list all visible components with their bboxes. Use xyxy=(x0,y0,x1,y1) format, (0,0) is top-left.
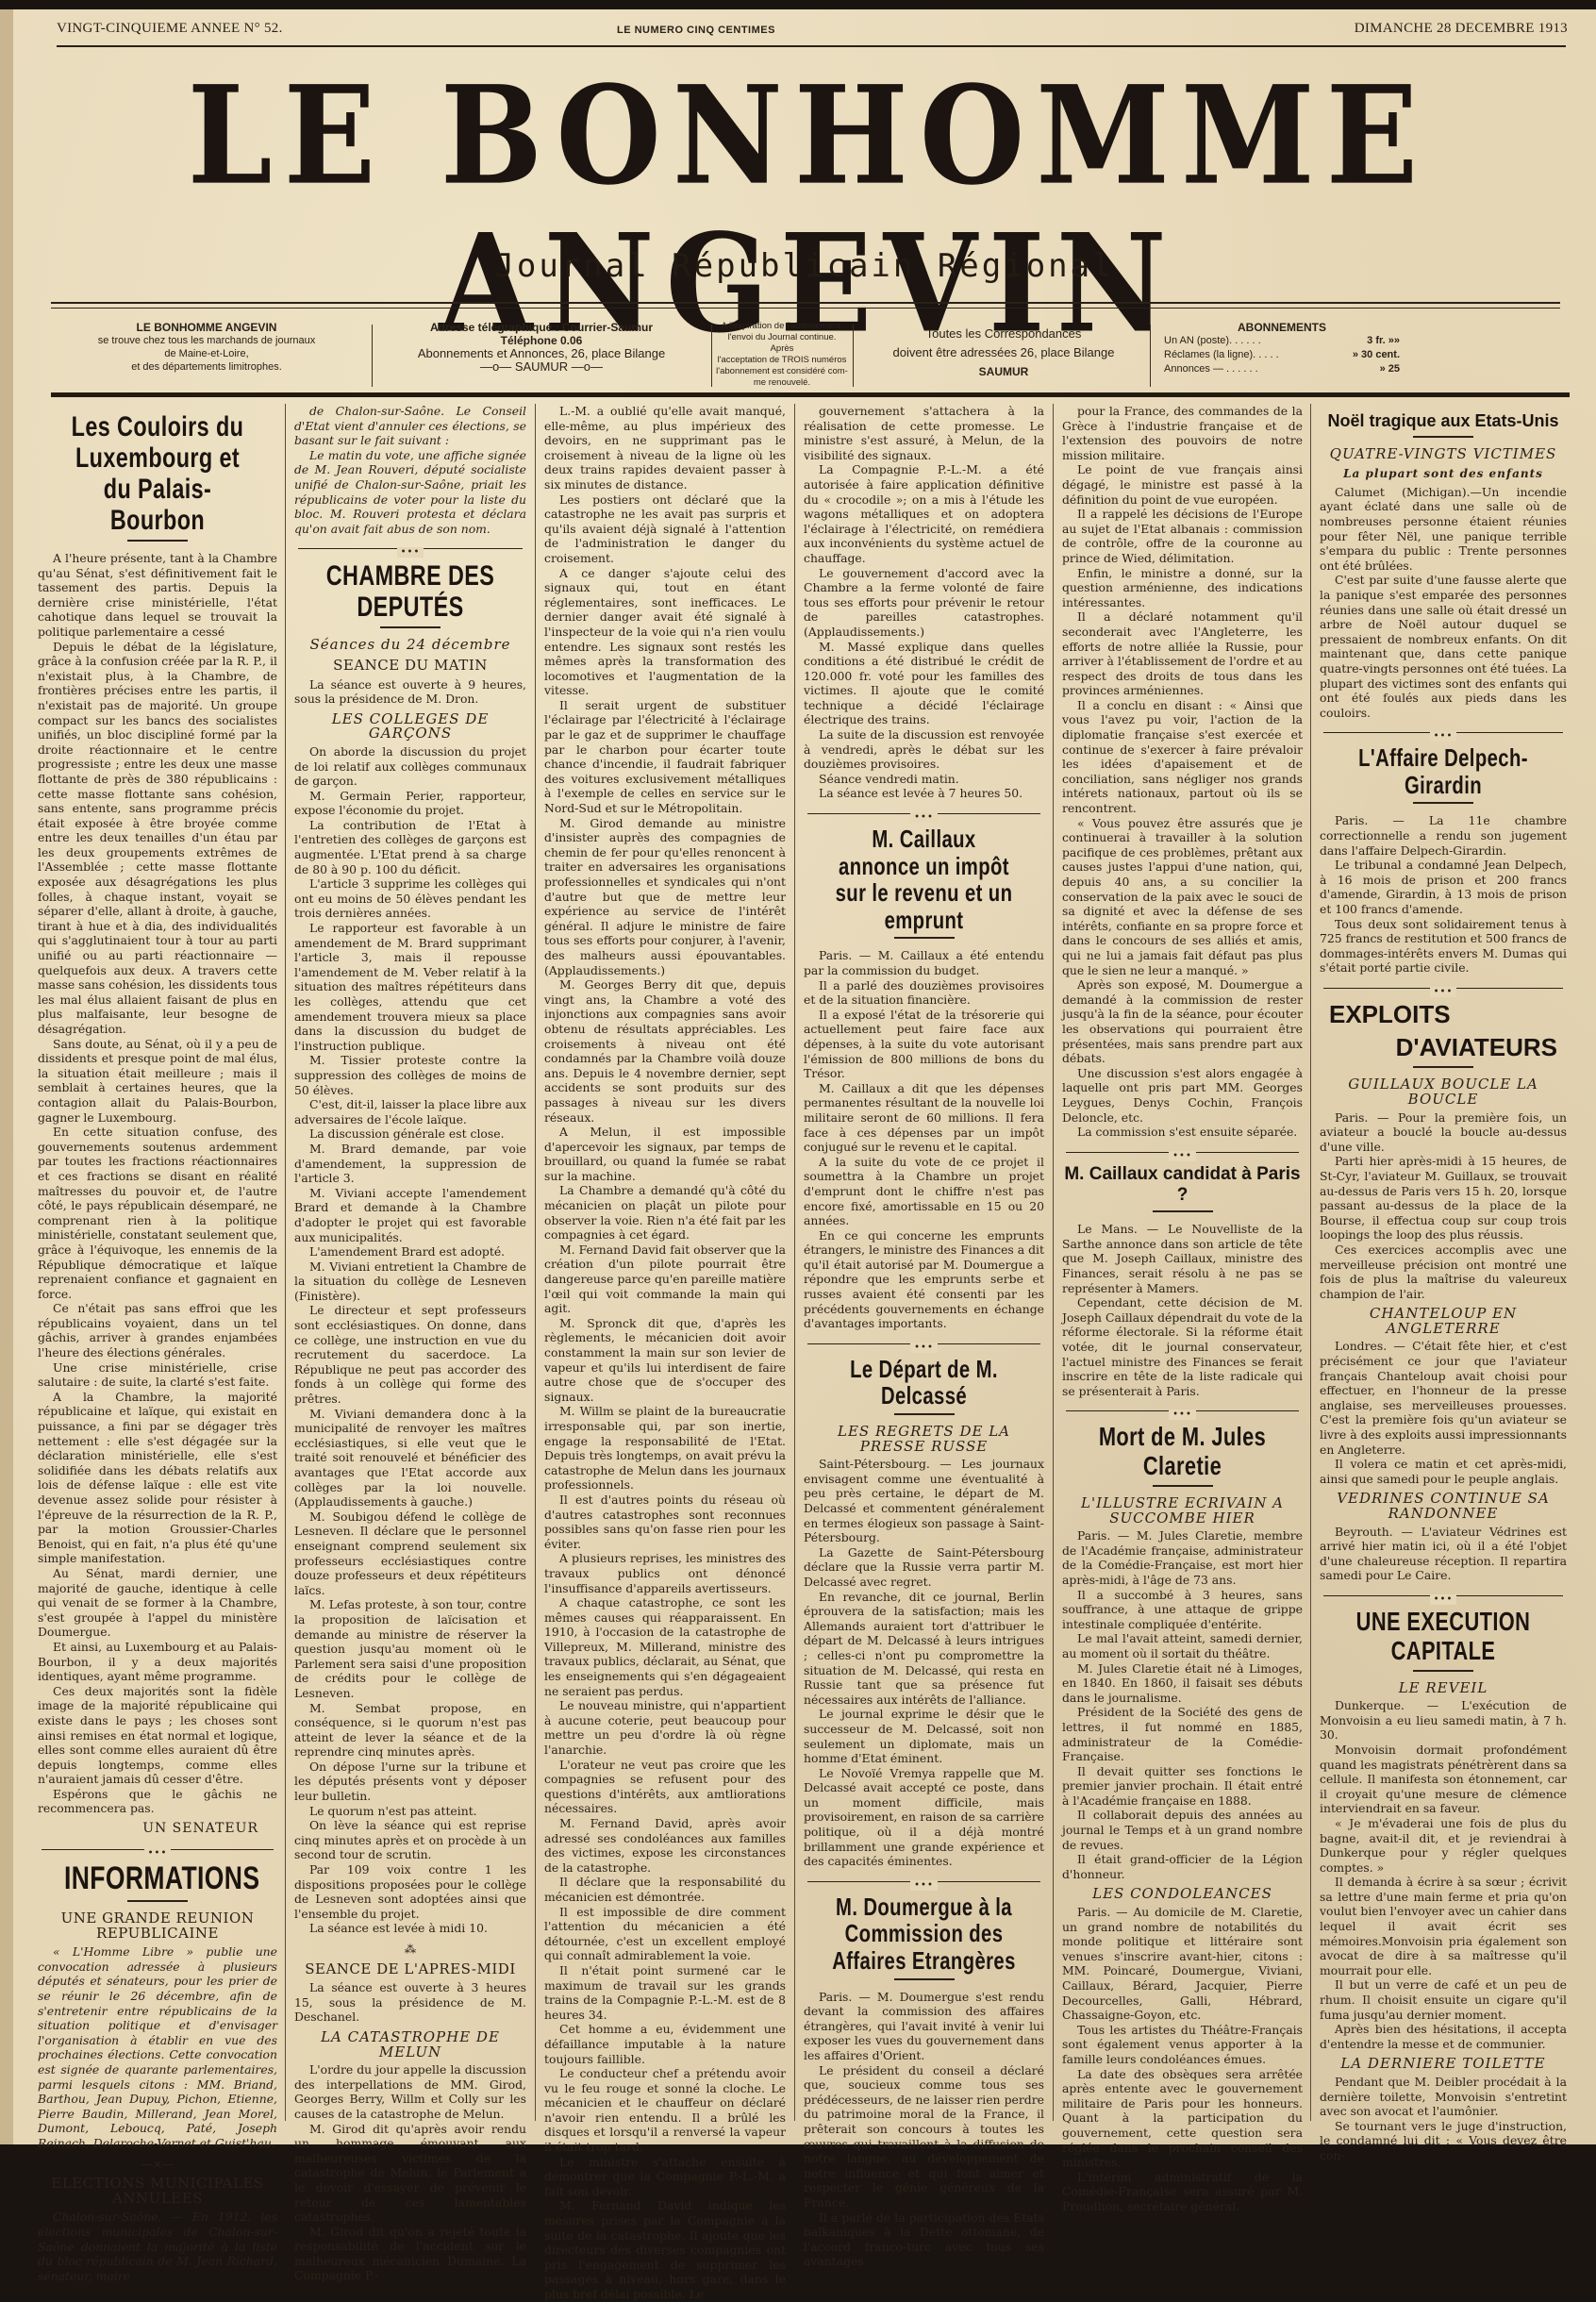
paragraph: Paris. — Pour la première fois, un aviat… xyxy=(1320,1110,1567,1155)
ornament-glyph: ••• xyxy=(1430,1594,1457,1605)
paragraph: M. Sembat propose, en conséquence, si le… xyxy=(294,1701,526,1760)
paragraph: A l'heure présente, tant à la Chambre qu… xyxy=(38,551,277,640)
paragraph: Depuis le débat de la législature, grâce… xyxy=(38,640,277,1037)
row-label: Annonces — . . . . . . xyxy=(1164,362,1258,376)
paragraph: A chaque catastrophe, ce sont les mêmes … xyxy=(544,1595,786,1698)
paragraph: Dunkerque. — L'exécution de Monvoisin a … xyxy=(1320,1698,1567,1743)
paragraph: Il demanda à écrire à sa sœur ; écrivit … xyxy=(1320,1875,1567,1977)
paragraph: Tous les artistes du Théâtre-Français so… xyxy=(1062,2023,1303,2067)
paragraph: M. Brard demande, par voie d'amendement,… xyxy=(294,1142,526,1186)
masthead-title: LE BONHOMME ANGEVIN xyxy=(58,62,1558,359)
article-couloirs-body: A l'heure présente, tant à la Chambre qu… xyxy=(38,551,277,1816)
paragraph: Paris. — M. Jules Claretie, membre de l'… xyxy=(1062,1528,1303,1587)
issue-date: DIMANCHE 28 DECEMBRE 1913 xyxy=(1355,21,1568,37)
paragraph: Paris. — M. Caillaux a été entendu par l… xyxy=(804,948,1044,977)
subhead-reunion: UNE GRANDE REUNION REPUBLICAINE xyxy=(38,1911,277,1941)
column-5: pour la France, des commandes de la Grèc… xyxy=(1062,404,1303,2144)
telegraph-address: Adresse télégraphique : Courrier-Saumur xyxy=(381,321,702,334)
paragraph: Le nouveau ministre, qui n'appartient à … xyxy=(544,1698,786,1757)
column-rule xyxy=(1053,404,1054,2121)
paragraph: M. Lefas proteste, à son tour, contre la… xyxy=(294,1597,526,1700)
article-elections-cont: de Chalon-sur-Saône. Le Conseil d'Etat v… xyxy=(294,404,526,448)
paragraph: M. Fernand David, après avoir adressé se… xyxy=(544,1816,786,1875)
headline-noel: Noël tragique aux Etats-Unis xyxy=(1320,411,1567,432)
paragraph: M. Viviani demandera donc à la municipal… xyxy=(294,1407,526,1510)
paragraph: Cet homme a eu, évidemment une défaillan… xyxy=(544,2022,786,2066)
paragraph: Il est impossible de dire comment l'atte… xyxy=(544,1905,786,1963)
column-rule xyxy=(794,404,795,2121)
paragraph: Séance vendredi matin. xyxy=(804,772,1044,787)
headline-rule xyxy=(894,1413,955,1415)
session-date: Séances du 24 décembre xyxy=(294,638,526,653)
article-delcasse-body: Saint-Pétersbourg. — Les journaux envisa… xyxy=(804,1457,1044,1869)
paragraph: Paris. — M. Doumergue s'est rendu devant… xyxy=(804,1990,1044,2063)
subhead-presse-russe: LES REGRETS DE LA PRESSE RUSSE xyxy=(804,1425,1044,1454)
issue-price: LE NUMERO CINQ CENTIMES xyxy=(617,25,775,36)
paragraph: M. Fernand David fait observer que la cr… xyxy=(544,1243,786,1316)
headline-delcasse: Le Départ de M. Delcassé xyxy=(830,1356,1018,1410)
paragraph: Après bien des hésitations, il accepta d… xyxy=(1320,2022,1567,2051)
article-condoleances-body: Paris. — Au domicile de M. Claretie, un … xyxy=(1062,1905,1303,2144)
info-line: Toutes les Correspondances xyxy=(862,325,1145,343)
ornament-divider: ••• xyxy=(1320,1591,1567,1600)
paragraph: M. Girod demande au ministre d'insister … xyxy=(544,816,786,978)
subhead-colleges: LES COLLEGES DE GARÇONS xyxy=(294,712,526,742)
paragraph: Pendant que M. Deibler procédait à la de… xyxy=(1320,2075,1567,2119)
column-3: L.-M. a oublié qu'elle avait manqué, ell… xyxy=(544,404,786,2144)
paragraph: pour la France, des commandes de la Grèc… xyxy=(1062,404,1303,462)
paragraph: A plusieurs reprises, les ministres des … xyxy=(544,1551,786,1595)
info-line: de Maine-et-Loire, xyxy=(51,347,362,360)
subscription-row: Annonces — . . . . . .» 25 xyxy=(1164,362,1400,376)
masthead-bottom-rule xyxy=(51,392,1570,397)
headline-caillaux-candidat: M. Caillaux candidat à Paris ? xyxy=(1062,1164,1303,1208)
paragraph: Le mal l'avait atteint, samedi dernier, … xyxy=(1062,1631,1303,1660)
paragraph: « Vous pouvez être assurés que je contin… xyxy=(1062,816,1303,978)
session-opening: La séance est ouverte à 3 heures 15, sou… xyxy=(294,1980,526,2025)
paragraph: Il devait quitter ses fonctions le premi… xyxy=(1062,1764,1303,1809)
newspaper-page: VINGT-CINQUIEME ANNEE N° 52. LE NUMERO C… xyxy=(13,9,1596,2144)
row-label: Réclames (la ligne). . . . . xyxy=(1164,348,1279,362)
paragraph: La Chambre a demandé qu'à côté du mécani… xyxy=(544,1183,786,1242)
paragraph: Après son exposé, M. Doumergue a demandé… xyxy=(1062,977,1303,1066)
headline-execution: UNE EXECUTION CAPITALE xyxy=(1347,1608,1539,1666)
paragraph: Par 109 voix contre 1 les dispositions p… xyxy=(294,1862,526,1921)
paragraph: Se tournant vers le juge d'instruction, … xyxy=(1320,2119,1567,2144)
paragraph: Espérons que le gâchis ne recommencera p… xyxy=(38,1787,277,1816)
paragraph: M. Willm se plaint de la bureaucratie ir… xyxy=(544,1404,786,1493)
paragraph: Sans doute, au Sénat, où il y a peu de d… xyxy=(38,1037,277,1126)
paragraph: M. Tissier proteste contre la suppressio… xyxy=(294,1053,526,1097)
paragraph: Calumet (Michigan).—Un incendie ayant éc… xyxy=(1320,485,1567,574)
info-line: l'acceptation de TROIS numéros xyxy=(716,355,848,366)
article-caillaux-candidat-body: Le Mans. — Le Nouvelliste de la Sarthe a… xyxy=(1062,1222,1303,1398)
row-label: Un AN (poste). . . . . . xyxy=(1164,334,1261,348)
article-melun-end: gouvernement s'attachera à la réalisatio… xyxy=(804,404,1044,801)
paragraph: Il a parlé des douzièmes provisoires et … xyxy=(804,978,1044,1008)
paragraph: gouvernement s'attachera à la réalisatio… xyxy=(804,404,1044,462)
row-value: » 25 xyxy=(1380,362,1400,376)
paragraph: M. Viviani entretient la Chambre de la s… xyxy=(294,1259,526,1304)
paragraph: La date des obsèques sera arrêtée après … xyxy=(1062,2067,1303,2144)
ornament-glyph: ••• xyxy=(1169,1410,1196,1420)
paragraph: La séance est levée à midi 10. xyxy=(294,1921,526,1936)
session-afternoon: SEANCE DE L'APRES-MIDI xyxy=(294,1962,526,1977)
headline-rule xyxy=(1413,1670,1473,1672)
ornament-glyph: ••• xyxy=(910,1343,938,1353)
info-box-subscriptions: ABONNEMENTS Un AN (poste). . . . . .3 fr… xyxy=(1164,321,1400,391)
paragraph: M. Jules Claretie était né à Limoges, en… xyxy=(1062,1661,1303,1706)
headline-rule xyxy=(1153,1485,1213,1487)
subscriptions-title: ABONNEMENTS xyxy=(1164,321,1400,334)
info-line: se trouve chez tous les marchands de jou… xyxy=(51,334,362,347)
paragraph: C'est par suite d'une fausse alerte que … xyxy=(1320,573,1567,720)
session-morning: SEANCE DU MATIN xyxy=(294,659,526,674)
subhead-enfants: La plupart sont des enfants xyxy=(1320,467,1567,482)
paragraph: La contribution de l'Etat à l'entretien … xyxy=(294,818,526,876)
paragraph: C'est, dit-il, laisser la place libre au… xyxy=(294,1097,526,1126)
paragraph: Il n'était point surmené car le maximum … xyxy=(544,1963,786,2022)
paragraph: On dépose l'urne sur la tribune et les d… xyxy=(294,1760,526,1804)
ornament-divider: ••• xyxy=(1320,983,1567,993)
info-separator xyxy=(853,325,854,387)
paragraph: A ce danger s'ajoute celui des signaux q… xyxy=(544,566,786,698)
column-rule xyxy=(535,404,536,2121)
ornament-divider: ••• xyxy=(1062,1147,1303,1157)
ornament-glyph: ••• xyxy=(144,1848,172,1859)
paragraph: Il déclare que la responsabilité du méca… xyxy=(544,1875,786,1904)
ornament-glyph: ••• xyxy=(910,812,938,823)
info-separator xyxy=(1150,325,1151,387)
article-caillaux-body: Paris. — M. Caillaux a été entendu par l… xyxy=(804,948,1044,1330)
headline-delpech: L'Affaire Delpech-Girardin xyxy=(1347,744,1539,798)
paragraph: La commission s'est ensuite séparée. xyxy=(1062,1125,1303,1140)
headline-claretie: Mort de M. Jules Claretie xyxy=(1089,1423,1276,1481)
paragraph: Il serait urgent de substituer l'éclaira… xyxy=(544,698,786,816)
paragraph: Il a conclu en disant : « Ainsi que vous… xyxy=(1062,698,1303,816)
ornament-divider: ••• xyxy=(804,809,1044,818)
headline-doumergue: M. Doumergue à la Commission des Affaire… xyxy=(830,1893,1018,1975)
subhead-condoleances: LES CONDOLEANCES xyxy=(1062,1887,1303,1902)
subtitle-rule-2 xyxy=(51,308,1560,309)
paragraph: L.-M. a oublié qu'elle avait manqué, ell… xyxy=(544,404,786,492)
info-bar: LE BONHOMME ANGEVIN se trouve chez tous … xyxy=(51,321,1560,391)
header-rule xyxy=(57,45,1566,47)
info-line: et des départements limitrophes. xyxy=(51,360,362,374)
ornament-glyph: ••• xyxy=(1430,987,1457,997)
headline-rule xyxy=(894,1978,955,1980)
article-toilette-body: Pendant que M. Deibler procédait à la de… xyxy=(1320,2075,1567,2144)
paragraph: Paris. — Au domicile de M. Claretie, un … xyxy=(1062,1905,1303,2023)
subhead-chanteloup: CHANTELOUP EN ANGLETERRE xyxy=(1320,1307,1567,1336)
paragraph: Tous deux sont solidairement tenus à 725… xyxy=(1320,917,1567,976)
paragraph: Le quorum n'est pas atteint. xyxy=(294,1804,526,1819)
paragraph: A Melun, il est impossible d'apercevoir … xyxy=(544,1125,786,1183)
headline-rule xyxy=(127,1900,188,1902)
paragraph: A la suite du vote de ce projet il soume… xyxy=(804,1155,1044,1228)
article-guillaux-body: Paris. — Pour la première fois, un aviat… xyxy=(1320,1110,1567,1302)
info-box-correspondence: Toutes les Correspondances doivent être … xyxy=(862,321,1145,394)
paragraph: La Compagnie P.-L.-M. a été autorisée à … xyxy=(804,462,1044,565)
stars-divider: ⁂ xyxy=(294,1942,526,1957)
row-value: » 30 cent. xyxy=(1353,348,1400,362)
paragraph: Le rapporteur est favorable à un amendem… xyxy=(294,921,526,1053)
info-line: SAUMUR xyxy=(862,362,1145,381)
paragraph: « Je m'évaderai une fois de plus du bagn… xyxy=(1320,1816,1567,1875)
subhead-victimes: QUATRE-VINGTS VICTIMES xyxy=(1320,447,1567,462)
headline-rule xyxy=(1413,436,1473,438)
paragraph: Le point de vue français ainsi dégagé, l… xyxy=(1062,462,1303,507)
paragraph: M. Massé explique dans quelles condition… xyxy=(804,640,1044,728)
column-rule xyxy=(1310,404,1311,2121)
headline-chambre: CHAMBRE DES DEPUTÉS xyxy=(320,560,501,623)
column-1: Les Couloirs du Luxembourg et du Palais-… xyxy=(38,404,277,2144)
paragraph: Il a déclaré notamment qu'il seconderait… xyxy=(1062,609,1303,698)
ornament-divider: ••• xyxy=(294,543,526,553)
page-binding-edge xyxy=(0,9,13,2144)
headline-couloirs: Les Couloirs du Luxembourg et du Palais-… xyxy=(64,411,251,536)
paragraph: Une discussion s'est alors engagée à laq… xyxy=(1062,1066,1303,1125)
paragraph: La discussion générale est close. xyxy=(294,1126,526,1142)
paragraph: Enfin, le ministre a donné, sur la quest… xyxy=(1062,566,1303,610)
info-box-renewal: A l'expiration de l'abonnement, l'envoi … xyxy=(716,321,848,391)
article-melun-cont: L.-M. a oublié qu'elle avait manqué, ell… xyxy=(544,404,786,2144)
article-doumergue-body: Paris. — M. Doumergue s'est rendu devant… xyxy=(804,1990,1044,2144)
paragraph: Il a exposé l'état de la trésorerie qui … xyxy=(804,1008,1044,1081)
column-rule xyxy=(285,404,286,2121)
ornament-glyph: ••• xyxy=(910,1880,938,1891)
session-opening: La séance est ouverte à 9 heures, sous l… xyxy=(294,677,526,707)
info-separator xyxy=(711,325,712,387)
paragraph: Le gouvernement d'accord avec la Chambre… xyxy=(804,566,1044,640)
paragraph: En ce qui concerne les emprunts étranger… xyxy=(804,1228,1044,1331)
info-line: doivent être adressées 26, place Bilange xyxy=(862,343,1145,362)
info-line: l'envoi du Journal continue. Après xyxy=(716,332,848,355)
paragraph: M. Georges Berry dit que, depuis vingt a… xyxy=(544,977,786,1125)
office-address: Abonnements et Annonces, 26, place Bilan… xyxy=(381,347,702,360)
row-value: 3 fr. »» xyxy=(1367,334,1400,348)
subhead-vedrines: VEDRINES CONTINUE SA RANDONNEE xyxy=(1320,1492,1567,1521)
ornament-divider: ••• xyxy=(1320,727,1567,737)
headline-exploits: EXPLOITS xyxy=(1329,1000,1567,1029)
article-claretie-body: Paris. — M. Jules Claretie, membre de l'… xyxy=(1062,1528,1303,1881)
paragraph: Président de la Société des gens de lett… xyxy=(1062,1705,1303,1763)
paragraph: Il collaborait depuis des années au jour… xyxy=(1062,1808,1303,1852)
paragraph: Londres. — C'était fête hier, et c'est p… xyxy=(1320,1339,1567,1457)
subhead-melun: LA CATASTROPHE DE MELUN xyxy=(294,2030,526,2060)
ornament-glyph: ••• xyxy=(1169,1151,1196,1161)
subhead-reveil: LE REVEIL xyxy=(1320,1681,1567,1696)
paragraph: Paris. — La 11e chambre correctionnelle … xyxy=(1320,813,1567,858)
ornament-divider: ••• xyxy=(804,1339,1044,1348)
masthead-subtitle: Journal Républicain Régional xyxy=(13,247,1596,285)
article-melun-body: L'ordre du jour appelle la discussion de… xyxy=(294,2062,526,2144)
office-city: —o— SAUMUR —o— xyxy=(381,360,702,374)
paragraph: M. Viviani accepte l'amendement Brard et… xyxy=(294,1186,526,1244)
headline-informations: INFORMATIONS xyxy=(64,1861,251,1896)
column-2: de Chalon-sur-Saône. Le Conseil d'Etat v… xyxy=(294,404,526,2144)
paragraph: Monvoisin dormait profondément quand les… xyxy=(1320,1743,1567,1816)
paragraph: M. Spronck dit que, d'après les règlemen… xyxy=(544,1316,786,1405)
paragraph: En revanche, dit ce journal, Berlin épro… xyxy=(804,1590,1044,1708)
info-box-title: LE BONHOMME ANGEVIN xyxy=(51,321,362,334)
telephone: Téléphone 0.06 xyxy=(381,334,702,347)
paragraph: Cependant, cette décision de M. Joseph C… xyxy=(1062,1295,1303,1398)
paragraph: La suite de la discussion est renvoyée à… xyxy=(804,727,1044,772)
subscription-row: Un AN (poste). . . . . .3 fr. »» xyxy=(1164,334,1400,348)
subtitle-rule-1 xyxy=(51,302,1560,304)
paragraph: Le journal exprime le désir que le succe… xyxy=(804,1707,1044,1765)
info-line: l'abonnement est considéré com- xyxy=(716,366,848,377)
article-noel-body: Calumet (Michigan).—Un incendie ayant éc… xyxy=(1320,485,1567,721)
paragraph: L'ordre du jour appelle la discussion de… xyxy=(294,2062,526,2121)
info-line: A l'expiration de l'abonnement, xyxy=(716,321,848,332)
headline-rule xyxy=(1153,1210,1213,1212)
article-reunion-body: « L'Homme Libre » publie une convocation… xyxy=(38,1944,277,2144)
subhead-ecrivain: L'ILLUSTRE ECRIVAIN A SUCCOMBE HIER xyxy=(1062,1496,1303,1526)
paragraph: Saint-Pétersbourg. — Les journaux envisa… xyxy=(804,1457,1044,1545)
paragraph: Le Mans. — Le Nouvelliste de la Sarthe a… xyxy=(1062,1222,1303,1295)
paragraph: M. Caillaux a dit que les dépenses perma… xyxy=(804,1081,1044,1155)
column-6: Noël tragique aux Etats-Unis QUATRE-VING… xyxy=(1320,404,1567,2144)
paragraph: M. Germain Perier, rapporteur, expose l'… xyxy=(294,789,526,818)
paragraph: L'article 3 supprime les collèges qui on… xyxy=(294,876,526,921)
article-doumergue-cont: pour la France, des commandes de la Grèc… xyxy=(1062,404,1303,1140)
headline-rule xyxy=(1413,1066,1473,1068)
info-box-address: Adresse télégraphique : Courrier-Saumur … xyxy=(381,321,702,391)
paragraph: L'orateur ne veut pas croire que les com… xyxy=(544,1758,786,1816)
headline-rule xyxy=(380,626,441,628)
ornament-divider: ••• xyxy=(38,1844,277,1854)
paragraph: On lève la séance qui est reprise cinq m… xyxy=(294,1818,526,1862)
paragraph: Il but un verre de café et un peu de rhu… xyxy=(1320,1977,1567,2022)
paragraph: Le président du conseil a déclaré que, s… xyxy=(804,2063,1044,2144)
ornament-glyph: ••• xyxy=(1430,731,1457,742)
paragraph: La Gazette de Saint-Pétersbourg déclare … xyxy=(804,1545,1044,1590)
ornament-divider: ••• xyxy=(1062,1406,1303,1415)
paragraph: Le tribunal a condamné Jean Delpech, à 1… xyxy=(1320,858,1567,916)
headline-aviateurs: D'AVIATEURS xyxy=(1320,1033,1557,1062)
article-colleges-body: On aborde la discussion du projet de loi… xyxy=(294,744,526,1936)
subhead-guillaux: GUILLAUX BOUCLE LA BOUCLE xyxy=(1320,1077,1567,1107)
paragraph: Le Novoïé Vremya rappelle que M. Delcass… xyxy=(804,1766,1044,1869)
info-box-distribution: LE BONHOMME ANGEVIN se trouve chez tous … xyxy=(51,321,362,391)
headline-rule xyxy=(1413,802,1473,804)
paragraph: M. Soubigou défend le collège de Lesneve… xyxy=(294,1510,526,1598)
paragraph: Ces deux majorités sont la fidèle image … xyxy=(38,1684,277,1787)
subhead-toilette: LA DERNIERE TOILETTE xyxy=(1320,2057,1567,2072)
paragraph: Il a rappelé les décisions de l'Europe a… xyxy=(1062,507,1303,565)
paragraph: Au Sénat, mardi dernier, une majorité de… xyxy=(38,1566,277,1640)
paragraph: M. Girod dit qu'après avoir rendu un hom… xyxy=(294,2122,526,2144)
ornament-glyph: ••• xyxy=(397,547,424,558)
paragraph: Le conducteur chef a prétendu avoir vu l… xyxy=(544,2066,786,2144)
subscription-row: Réclames (la ligne). . . . .» 30 cent. xyxy=(1164,348,1400,362)
paragraph: Le directeur et sept professeurs sont ec… xyxy=(294,1303,526,1406)
paragraph: Les postiers ont déclaré que la catastro… xyxy=(544,492,786,566)
article-vedrines-body: Beyrouth. — L'aviateur Védrines est arri… xyxy=(1320,1525,1567,1583)
info-separator xyxy=(372,325,373,387)
article-chanteloup-body: Londres. — C'était fête hier, et c'est p… xyxy=(1320,1339,1567,1486)
headline-rule xyxy=(127,540,188,542)
paragraph: En cette situation confuse, des gouverne… xyxy=(38,1125,277,1301)
edition-number: VINGT-CINQUIEME ANNEE N° 52. xyxy=(57,21,283,37)
column-4: gouvernement s'attachera à la réalisatio… xyxy=(804,404,1044,2144)
paragraph: Ces exercices accomplis avec une merveil… xyxy=(1320,1243,1567,1301)
paragraph: L'amendement Brard est adopté. xyxy=(294,1244,526,1259)
paragraph: Et ainsi, au Luxembourg et au Palais-Bou… xyxy=(38,1640,277,1684)
headline-caillaux-impot: M. Caillaux annonce un impôt sur le reve… xyxy=(830,826,1018,933)
paragraph: La séance est levée à 7 heures 50. xyxy=(804,786,1044,801)
article-execution-body: Dunkerque. — L'exécution de Monvoisin a … xyxy=(1320,1698,1567,2051)
paragraph: Il était grand-officier de la Légion d'h… xyxy=(1062,1852,1303,1881)
paragraph: Il est d'autres points du réseau où d'au… xyxy=(544,1493,786,1551)
paragraph: Il a succombé à 3 heures, sans souffranc… xyxy=(1062,1588,1303,1632)
article-delpech-body: Paris. — La 11e chambre correctionnelle … xyxy=(1320,813,1567,976)
paragraph: On aborde la discussion du projet de loi… xyxy=(294,744,526,789)
paragraph: Il volera ce matin et cet après-midi, ai… xyxy=(1320,1457,1567,1486)
paragraph: Ce n'était pas sans effroi que les répub… xyxy=(38,1301,277,1360)
ornament-divider: ••• xyxy=(804,1877,1044,1886)
info-line: me renouvelé. xyxy=(716,377,848,389)
paragraph: Une crise ministérielle, crise salutaire… xyxy=(38,1360,277,1390)
paragraph: A la Chambre, la majorité républicaine e… xyxy=(38,1390,277,1566)
paragraph: Parti hier après-midi à 15 heures, de St… xyxy=(1320,1154,1567,1243)
article-elections-cont: Le matin du vote, une affiche signée de … xyxy=(294,448,526,537)
paragraph: Beyrouth. — L'aviateur Védrines est arri… xyxy=(1320,1525,1567,1583)
headline-rule xyxy=(894,937,955,939)
article-signature: UN SENATEUR xyxy=(38,1822,258,1837)
